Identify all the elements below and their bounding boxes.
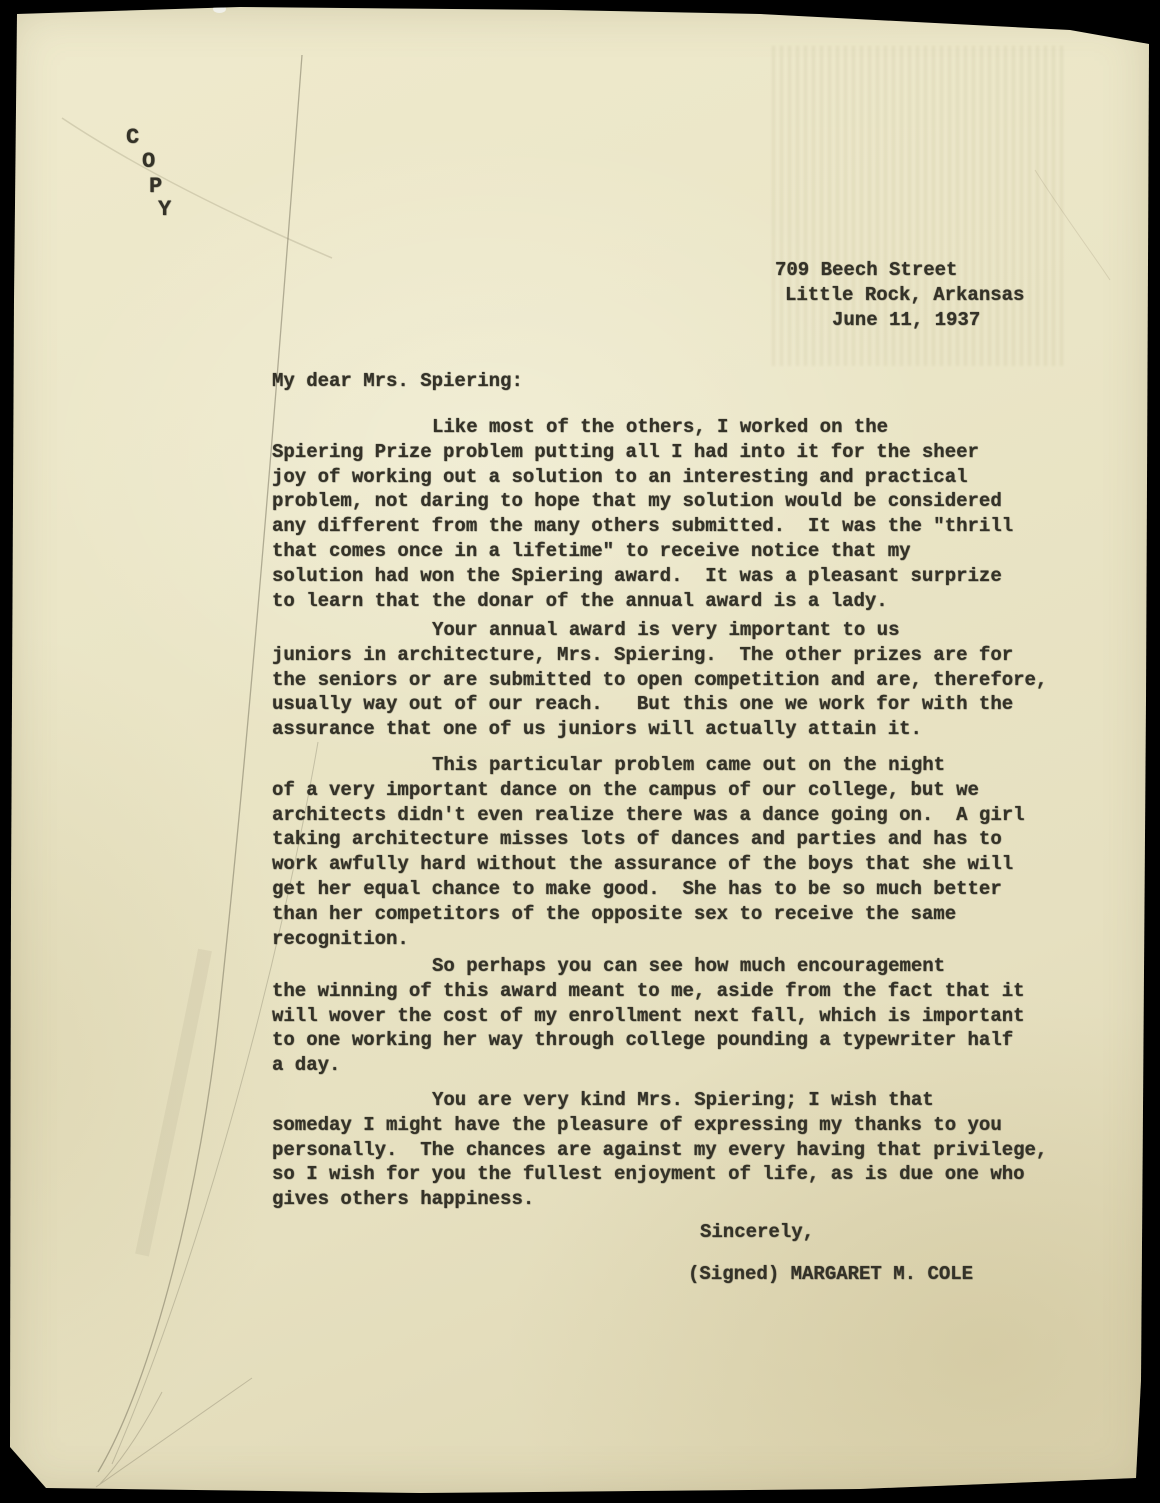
paragraph-4: So perhaps you can see how much encourag…: [272, 954, 1072, 1078]
address-line-street: 709 Beech Street: [775, 258, 1024, 283]
paper-creases: [0, 0, 1160, 1503]
address-line-city: Little Rock, Arkansas: [785, 283, 1024, 308]
signature-line: (Signed) MARGARET M. COLE: [688, 1262, 973, 1287]
paragraph-5: You are very kind Mrs. Spiering; I wish …: [272, 1088, 1072, 1212]
paragraph-3: This particular problem came out on the …: [272, 753, 1072, 951]
paragraph-2: Your annual award is very important to u…: [272, 618, 1072, 742]
return-address-block: 709 Beech Street Little Rock, Arkansas J…: [775, 258, 1024, 332]
letter-scan: C O P Y 709 Beech Street Little Rock, Ar…: [0, 0, 1160, 1503]
paper-tear-speck: [903, 2, 921, 10]
paper-tear-speck: [44, 4, 53, 10]
date-line: June 11, 1937: [832, 308, 1024, 333]
complimentary-close: Sincerely,: [700, 1220, 814, 1245]
paper-tear-speck: [213, 5, 226, 13]
salutation: My dear Mrs. Spiering:: [272, 369, 523, 394]
paper-sheet: C O P Y 709 Beech Street Little Rock, Ar…: [0, 0, 1160, 1503]
stamp-letter-o: O: [142, 150, 155, 175]
stamp-letter-y: Y: [158, 198, 171, 223]
stamp-letter-c: C: [126, 126, 139, 151]
paragraph-1: Like most of the others, I worked on the…: [272, 415, 1072, 613]
